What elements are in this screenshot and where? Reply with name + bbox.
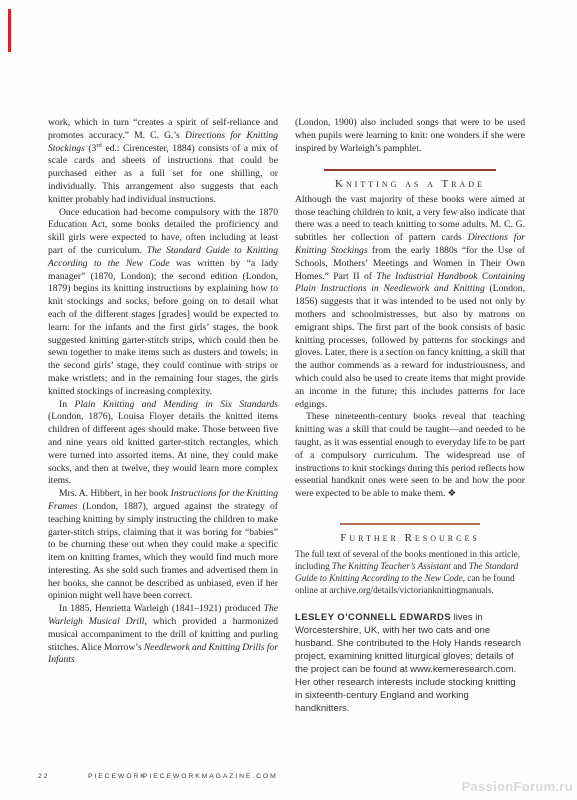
body-paragraph: Although the vast majority of these book… xyxy=(295,194,525,412)
watermark: PassionForum.ru xyxy=(462,779,573,794)
left-column: work, which in turn “creates a spirit of… xyxy=(48,117,278,667)
body-paragraph: Mrs. A. Hibbert, in her book Instruction… xyxy=(48,488,278,603)
section-rule xyxy=(324,169,496,171)
magazine-website: PIECEWORKMAGAZINE.COM xyxy=(143,773,278,780)
resources-paragraph: The full text of several of the books me… xyxy=(295,548,525,597)
page-number: 22 xyxy=(38,773,49,780)
body-paragraph: In 1885, Henrietta Warleigh (1841–1921) … xyxy=(48,603,278,667)
magazine-name: PIECEWORK xyxy=(88,773,147,780)
section-header-further-resources: Further Resources xyxy=(295,523,525,544)
author-bio: LESLEY O’CONNELL EDWARDS lives in Worces… xyxy=(295,611,525,715)
body-paragraph: These nineteenth-century books reveal th… xyxy=(295,411,525,501)
body-paragraph: (London, 1900) also included songs that … xyxy=(295,117,525,155)
right-column: (London, 1900) also included songs that … xyxy=(295,117,525,715)
magazine-page: { "page": { "footer": { "page_number": "… xyxy=(0,0,577,800)
scan-registration-mark xyxy=(8,9,11,52)
body-paragraph: In Plain Knitting and Mending in Six Sta… xyxy=(48,399,278,489)
section-rule xyxy=(340,523,480,525)
body-paragraph: work, which in turn “creates a spirit of… xyxy=(48,117,278,207)
section-heading: Knitting as a Trade xyxy=(295,178,525,190)
section-header-knitting-as-a-trade: Knitting as a Trade xyxy=(295,169,525,190)
body-paragraph: Once education had become compulsory wit… xyxy=(48,207,278,399)
section-heading: Further Resources xyxy=(295,532,525,544)
